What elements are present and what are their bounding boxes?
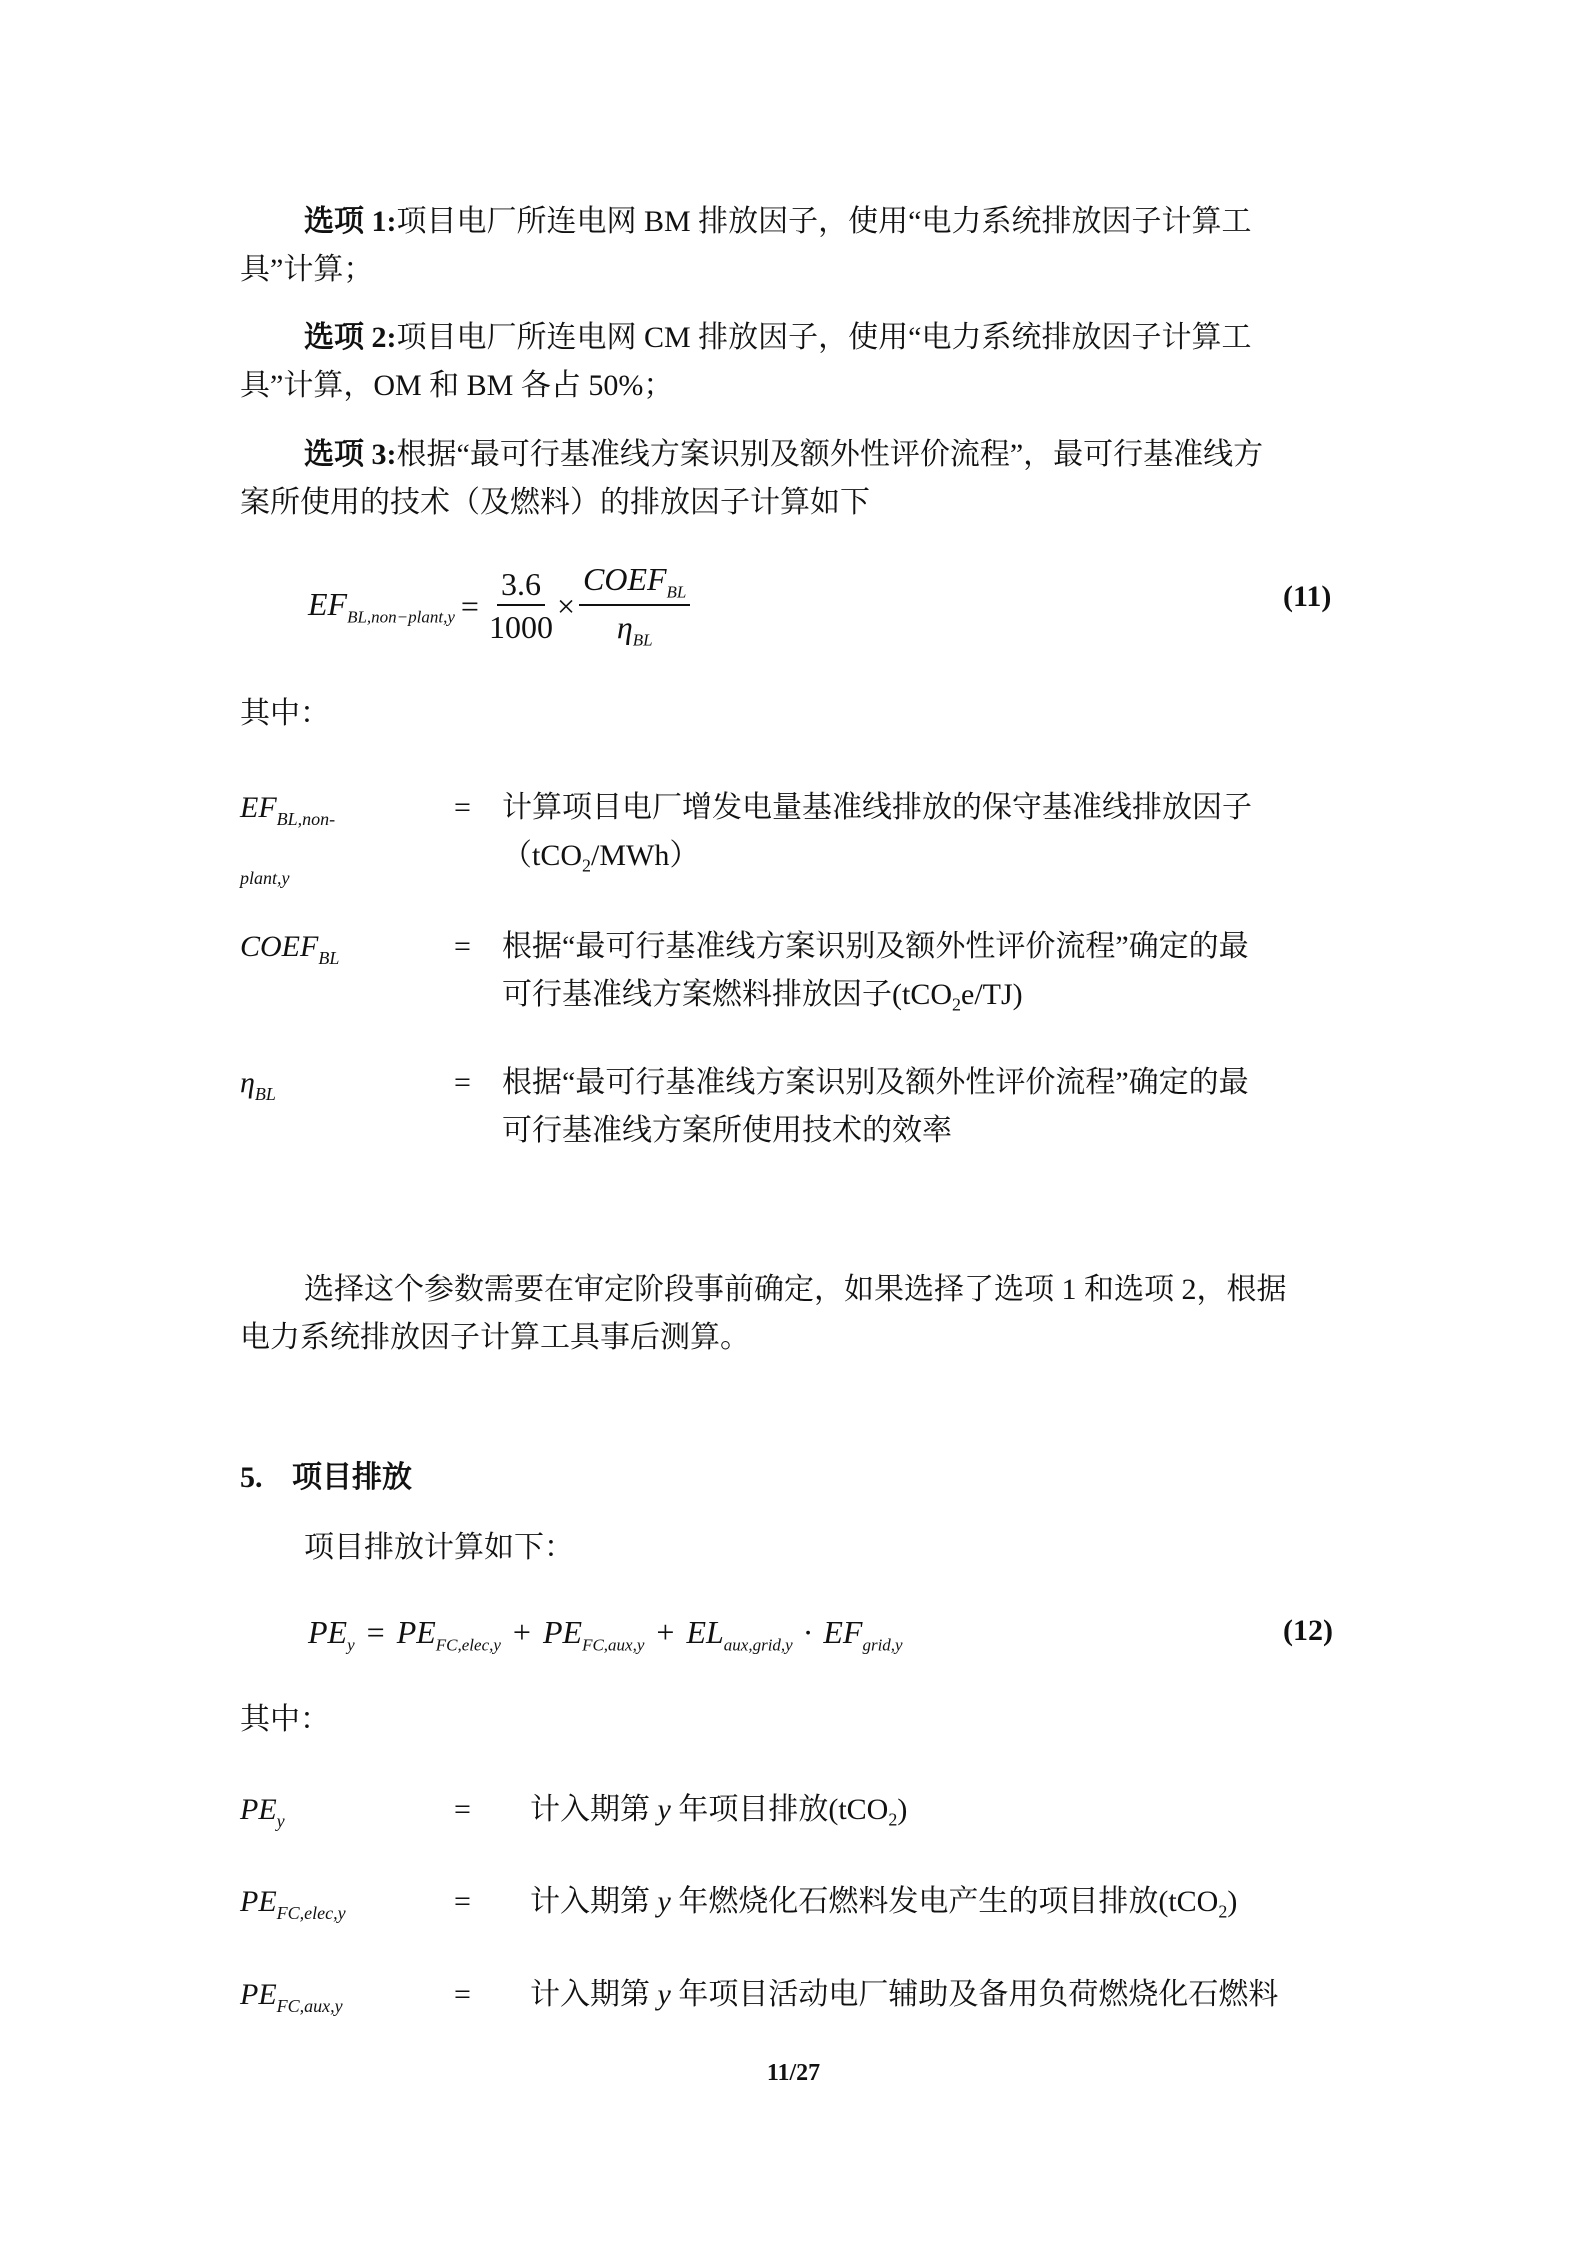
def-symbol-ef: EFBL,non-plant,y bbox=[240, 784, 335, 902]
def-symbol-eta: ηBL bbox=[240, 1059, 276, 1118]
option-1-label: 选项 1: bbox=[304, 205, 397, 238]
def-text-pe-fc-aux: 计入期第 y 年项目活动电厂辅助及备用负荷燃烧化石燃料 bbox=[530, 1971, 1410, 2019]
option-2-line1: 项目电厂所连电网 CM 排放因子，使用“电力系统排放因子计算工 bbox=[397, 321, 1252, 354]
equation-11: EFBL,non−plant,y = 3.6 1000 × COEFBL ηBL bbox=[308, 562, 694, 651]
def-text-ef: 计算项目电厂增发电量基准线排放的保守基准线排放因子 （tCO2/MWh） bbox=[502, 784, 1382, 889]
page-number: 11/27 bbox=[0, 2060, 1587, 2087]
section-number: 5. bbox=[240, 1461, 263, 1494]
eq11-times: × bbox=[557, 588, 575, 625]
selection-note-paragraph: 选择这个参数需要在审定阶段事前确定，如果选择了选项 1 和选项 2，根据 电力系… bbox=[240, 1266, 1350, 1362]
eq11-fraction-2: COEFBL ηBL bbox=[579, 562, 690, 651]
option-1-paragraph: 选项 1:项目电厂所连电网 BM 排放因子，使用“电力系统排放因子计算工 具”计… bbox=[240, 198, 1350, 294]
selection-note-line1: 选择这个参数需要在审定阶段事前确定，如果选择了选项 1 和选项 2，根据 bbox=[240, 1266, 1350, 1314]
def-symbol-pe-fc-aux: PEFC,aux,y bbox=[240, 1971, 343, 2030]
section-title: 项目排放 bbox=[292, 1461, 412, 1494]
equation-12: PEy = PEFC,elec,y + PEFC,aux,y + ELaux,g… bbox=[308, 1608, 903, 1670]
def-equals: = bbox=[454, 1059, 471, 1107]
option-1-line2: 具”计算； bbox=[240, 246, 1350, 294]
def-equals: = bbox=[454, 784, 471, 832]
def-text-eta: 根据“最可行基准线方案识别及额外性评价流程”确定的最 可行基准线方案所使用技术的… bbox=[502, 1059, 1382, 1155]
option-3-label: 选项 3: bbox=[304, 438, 397, 471]
def-equals: = bbox=[454, 923, 471, 971]
def-equals: = bbox=[454, 1786, 471, 1834]
equation-12-number: (12) bbox=[1283, 1614, 1333, 1648]
def-text-coef: 根据“最可行基准线方案识别及额外性评价流程”确定的最 可行基准线方案燃料排放因子… bbox=[502, 923, 1382, 1028]
option-3-line1: 根据“最可行基准线方案识别及额外性评价流程”，最可行基准线方 bbox=[397, 438, 1264, 471]
option-3-line2: 案所使用的技术（及燃料）的排放因子计算如下 bbox=[240, 479, 1350, 527]
def-text-pe-y: 计入期第 y 年项目排放(tCO2) bbox=[530, 1786, 1410, 1843]
option-3-paragraph: 选项 3:根据“最可行基准线方案识别及额外性评价流程”，最可行基准线方 案所使用… bbox=[240, 431, 1350, 527]
section-5-intro: 项目排放计算如下： bbox=[304, 1524, 1414, 1572]
eq11-equals: = bbox=[461, 588, 479, 625]
def-equals: = bbox=[454, 1878, 471, 1926]
def-text-pe-fc-elec: 计入期第 y 年燃烧化石燃料发电产生的项目排放(tCO2) bbox=[530, 1878, 1410, 1935]
where-label-1: 其中： bbox=[240, 690, 1350, 738]
def-symbol-pe-y: PEy bbox=[240, 1786, 285, 1845]
def-symbol-coef: COEFBL bbox=[240, 923, 339, 982]
eq11-lhs: EFBL,non−plant,y bbox=[308, 586, 455, 628]
option-2-paragraph: 选项 2:项目电厂所连电网 CM 排放因子，使用“电力系统排放因子计算工 具”计… bbox=[240, 314, 1350, 410]
eq11-fraction-1: 3.6 1000 bbox=[489, 567, 553, 645]
option-1-line1: 项目电厂所连电网 BM 排放因子，使用“电力系统排放因子计算工 bbox=[397, 205, 1252, 238]
option-2-label: 选项 2: bbox=[304, 321, 397, 354]
equation-11-number: (11) bbox=[1283, 580, 1331, 614]
where-label-2: 其中： bbox=[240, 1696, 1350, 1744]
def-equals: = bbox=[454, 1971, 471, 2019]
section-5-heading: 5. 项目排放 bbox=[240, 1454, 412, 1502]
selection-note-line2: 电力系统排放因子计算工具事后测算。 bbox=[240, 1314, 1350, 1362]
option-2-line2: 具”计算，OM 和 BM 各占 50%； bbox=[240, 362, 1350, 410]
def-symbol-pe-fc-elec: PEFC,elec,y bbox=[240, 1878, 346, 1937]
